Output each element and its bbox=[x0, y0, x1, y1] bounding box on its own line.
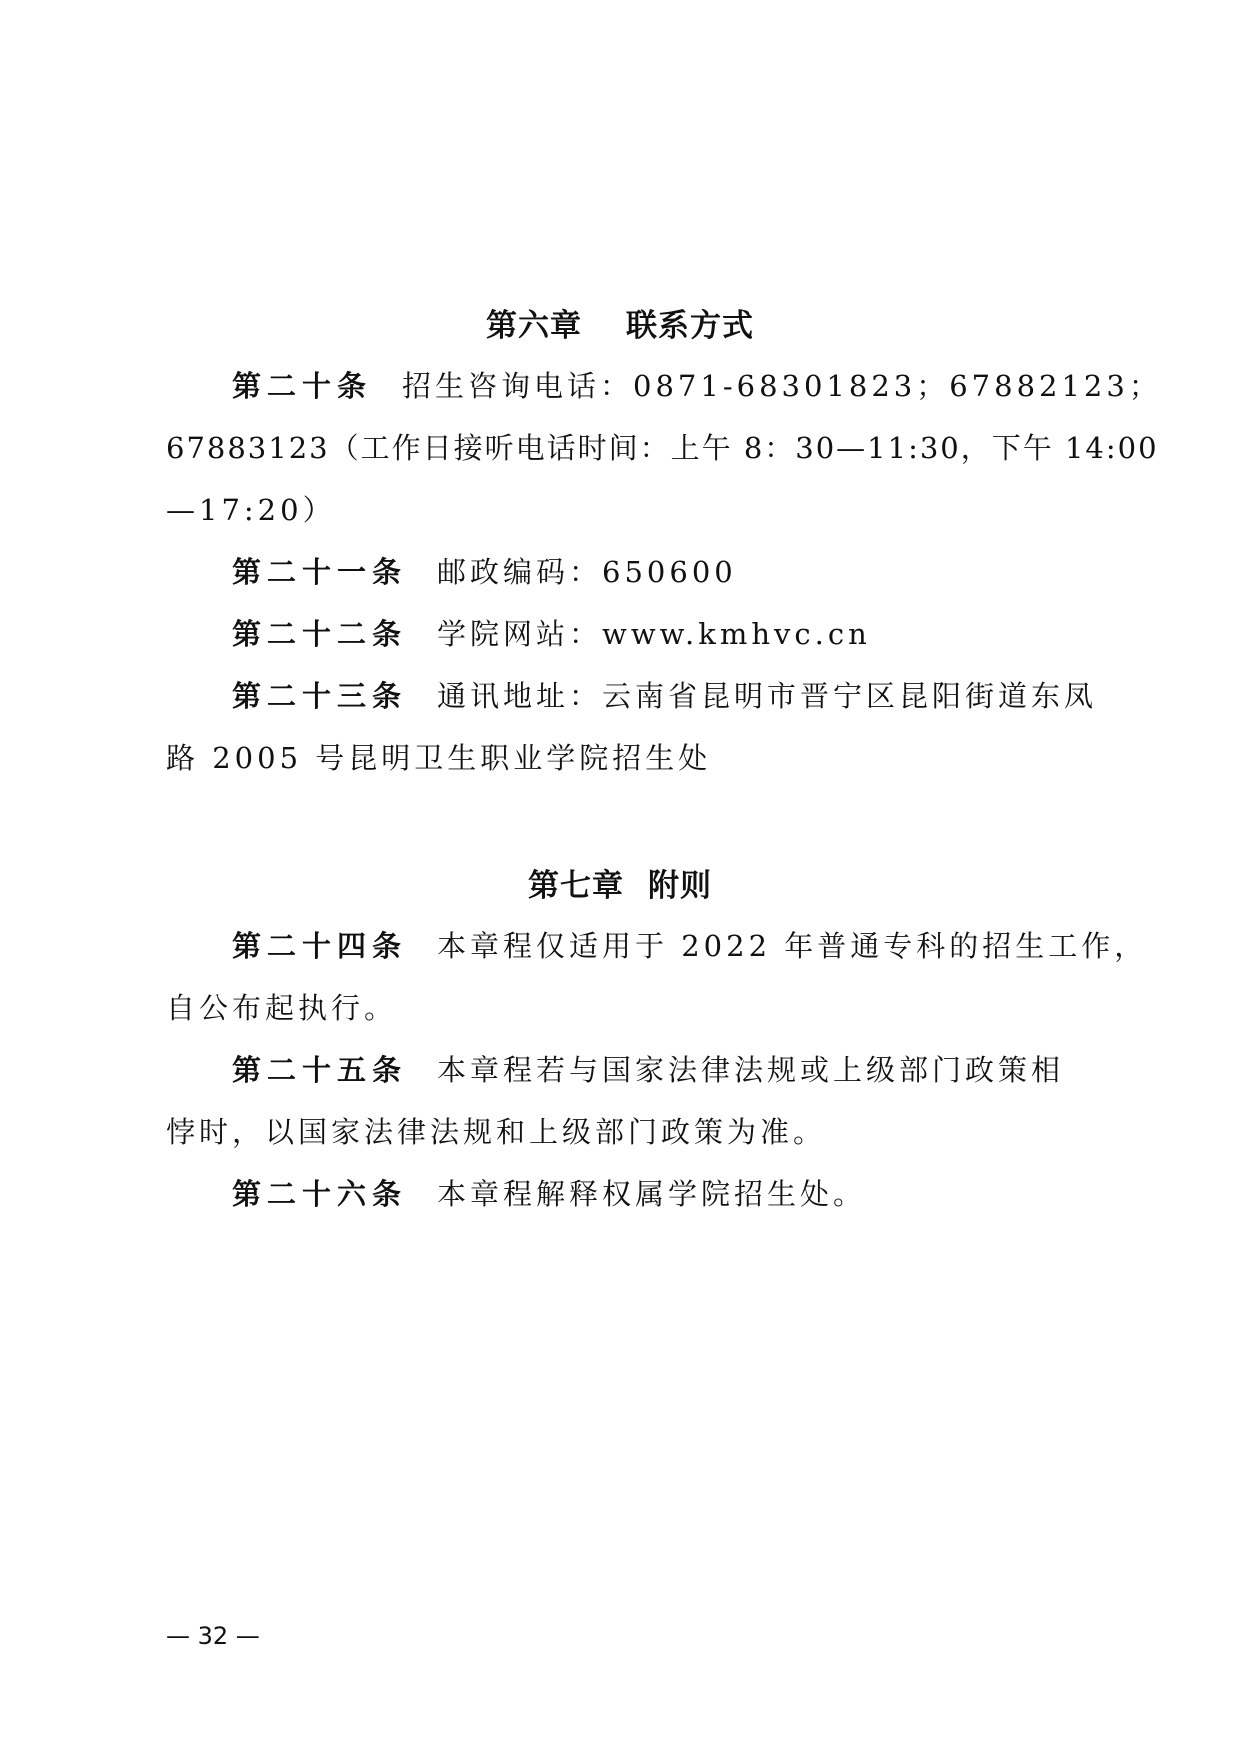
article-23-line-1: 第二十三条通讯地址：云南省昆明市晋宁区昆阳街道东凤 bbox=[232, 674, 1097, 715]
page-number: — 32 — bbox=[166, 1622, 260, 1650]
chapter-6-title: 联系方式 bbox=[626, 308, 754, 344]
article-23-label: 第二十三条 bbox=[232, 679, 407, 713]
article-25-line-2: 悖时，以国家法律法规和上级部门政策为准。 bbox=[166, 1110, 826, 1151]
article-24-text-1: 本章程仅适用于 2022 年普通专科的招生工作， bbox=[437, 929, 1147, 963]
document-page: 第六章联系方式 第二十条招生咨询电话：0871-68301823；6788212… bbox=[0, 0, 1240, 1754]
article-26: 第二十六条本章程解释权属学院招生处。 bbox=[232, 1172, 866, 1213]
chapter-6-number: 第六章 bbox=[486, 308, 582, 344]
article-20-line-2: 67883123（工作日接听电话时间：上午 8：30—11:30，下午 14:0… bbox=[166, 426, 1159, 467]
article-24-label: 第二十四条 bbox=[232, 929, 407, 963]
article-25-label: 第二十五条 bbox=[232, 1053, 407, 1087]
article-21-label: 第二十一条 bbox=[232, 555, 407, 589]
article-22-label: 第二十二条 bbox=[232, 617, 407, 651]
article-24-line-1: 第二十四条本章程仅适用于 2022 年普通专科的招生工作， bbox=[232, 924, 1147, 965]
article-25-text-1: 本章程若与国家法律法规或上级部门政策相 bbox=[437, 1053, 1064, 1087]
article-24-line-2: 自公布起执行。 bbox=[166, 986, 397, 1027]
article-25-line-1: 第二十五条本章程若与国家法律法规或上级部门政策相 bbox=[232, 1048, 1064, 1089]
article-23-text-1: 通讯地址：云南省昆明市晋宁区昆阳街道东凤 bbox=[437, 679, 1097, 713]
article-21: 第二十一条邮政编码：650600 bbox=[232, 550, 737, 591]
article-26-text: 本章程解释权属学院招生处。 bbox=[437, 1177, 866, 1211]
chapter-7-heading: 第七章附则 bbox=[0, 860, 1240, 905]
article-21-text: 邮政编码：650600 bbox=[437, 555, 737, 589]
article-22-text: 学院网站：www.kmhvc.cn bbox=[437, 617, 871, 651]
chapter-6-heading: 第六章联系方式 bbox=[0, 300, 1240, 345]
article-20-line-3: —17:20） bbox=[166, 488, 336, 529]
chapter-7-number: 第七章 bbox=[528, 868, 624, 904]
article-20-text-1: 招生咨询电话：0871-68301823；67882123； bbox=[402, 369, 1162, 403]
article-20-line-1: 第二十条招生咨询电话：0871-68301823；67882123； bbox=[232, 364, 1162, 405]
article-20-label: 第二十条 bbox=[232, 369, 372, 403]
chapter-7-title: 附则 bbox=[648, 868, 712, 904]
article-23-line-2: 路 2005 号昆明卫生职业学院招生处 bbox=[166, 736, 711, 777]
article-26-label: 第二十六条 bbox=[232, 1177, 407, 1211]
article-22: 第二十二条学院网站：www.kmhvc.cn bbox=[232, 612, 871, 653]
